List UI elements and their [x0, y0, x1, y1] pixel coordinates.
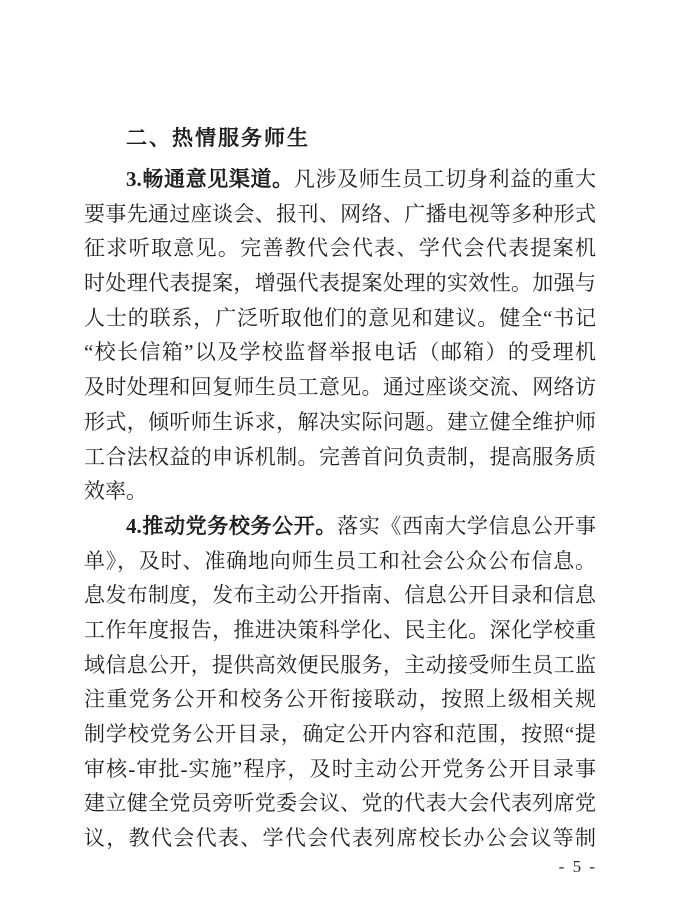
text-line: “校长信箱”以及学校监督举报电话（邮箱）的受理机制， — [84, 335, 596, 370]
paragraph-4-lead: 4.推动党务校务公开。 — [126, 514, 337, 538]
text-line: 单》，及时、准确地向师生员工和社会公众公布信息。健全信 — [84, 544, 596, 579]
text-line: 形式，倾听师生诉求，解决实际问题。建立健全维护师生员 — [84, 405, 596, 440]
text-line: 及时处理和回复师生员工意见。通过座谈交流、网络访谈等 — [84, 370, 596, 405]
document-content: 二、热情服务师生 3.畅通意见渠道。凡涉及师生员工切身利益的重大政策， 要事先通… — [84, 121, 596, 856]
text-line: 域信息公开，提供高效便民服务，主动接受师生员工监督。 — [84, 648, 596, 683]
text-line: 工合法权益的申诉机制。完善首问负责制，提高服务质量和 — [84, 440, 596, 475]
text-line: 息发布制度，发布主动公开指南、信息公开目录和信息公开 — [84, 578, 596, 613]
page-number: - 5 - — [559, 857, 597, 877]
text-line: 注重党务公开和校务公开衔接联动，按照上级相关规定，编 — [84, 682, 596, 717]
document-page: 二、热情服务师生 3.畅通意见渠道。凡涉及师生员工切身利益的重大政策， 要事先通… — [0, 0, 677, 905]
text-line: 审核-审批-实施”程序，及时主动公开党务公开目录事项。 — [84, 752, 596, 787]
text-line: 4.推动党务校务公开。落实《西南大学信息公开事项清 — [84, 509, 596, 544]
text-line: 3.畅通意见渠道。凡涉及师生员工切身利益的重大政策， — [84, 162, 596, 197]
text-line: 时处理代表提案，增强代表提案处理的实效性。加强与党外 — [84, 266, 596, 301]
text-line: 征求听取意见。完善教代会代表、学代会代表提案机制，及 — [84, 231, 596, 266]
text-line: 议，教代会代表、学代会代表列席校长办公会议等制度，发 — [84, 821, 596, 856]
text-line: 建立健全党员旁听党委会议、党的代表大会代表列席党委会 — [84, 786, 596, 821]
paragraph-3-lead: 3.畅通意见渠道。 — [126, 167, 294, 191]
section-heading: 二、热情服务师生 — [84, 121, 596, 156]
paragraph-4: 4.推动党务校务公开。落实《西南大学信息公开事项清 单》，及时、准确地向师生员工… — [84, 509, 596, 856]
text-line: 工作年度报告，推进决策科学化、民主化。深化学校重点领 — [84, 613, 596, 648]
paragraph-3: 3.畅通意见渠道。凡涉及师生员工切身利益的重大政策， 要事先通过座谈会、报刊、网… — [84, 162, 596, 509]
text-line: 要事先通过座谈会、报刊、网络、广播电视等多种形式广泛 — [84, 197, 596, 232]
text-line: 制学校党务公开目录，确定公开内容和范围，按照“提出- — [84, 717, 596, 752]
text-line: 人士的联系，广泛听取他们的意见和建议。健全“书记信箱”、 — [84, 301, 596, 336]
text-line: 效率。 — [84, 474, 596, 509]
